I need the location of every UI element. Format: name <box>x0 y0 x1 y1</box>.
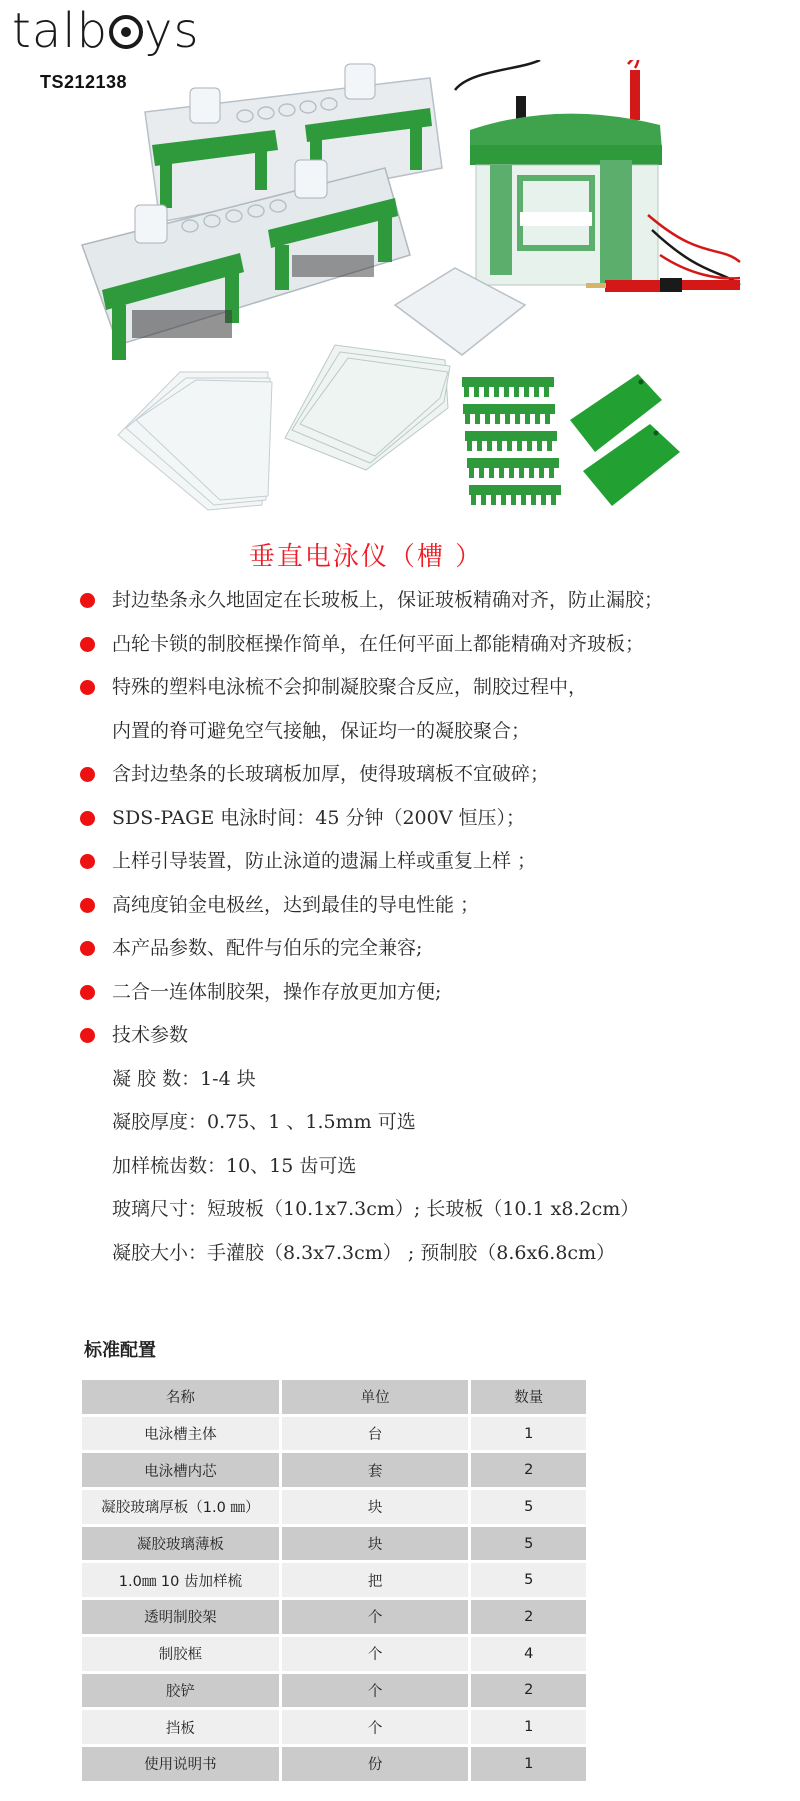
spec-line: 加样梳齿数：10、15 齿可选 <box>80 1145 780 1189</box>
table-row: 凝胶玻璃薄板块5 <box>82 1527 586 1561</box>
logo-text-right: ys <box>144 3 199 59</box>
column-header-qty: 数量 <box>471 1380 586 1414</box>
page-title: 垂直电泳仪（槽 ） <box>0 536 800 573</box>
column-header-name: 名称 <box>82 1380 279 1414</box>
feature-item: 凸轮卡锁的制胶框操作简单，在任何平面上都能精确对齐玻板； <box>80 623 780 667</box>
product-image <box>70 60 750 520</box>
table-row: 制胶框个4 <box>82 1637 586 1671</box>
feature-item: 封边垫条永久地固定在长玻板上，保证玻板精确对齐，防止漏胶； <box>80 579 780 623</box>
table-row: 电泳槽内芯套2 <box>82 1453 586 1487</box>
feature-item-tech-params: 技术参数 <box>80 1014 780 1058</box>
table-row: 使用说明书份1 <box>82 1747 586 1781</box>
feature-item-continuation: 内置的脊可避免空气接触，保证均一的凝胶聚合； <box>80 710 780 754</box>
red-bullet-icon <box>80 680 95 695</box>
feature-item: 特殊的塑料电泳梳不会抑制凝胶聚合反应，制胶过程中， <box>80 666 780 710</box>
table-header-row: 名称 单位 数量 <box>82 1380 586 1414</box>
red-bullet-icon <box>80 854 95 869</box>
red-bullet-icon <box>80 898 95 913</box>
config-section-title: 标准配置 <box>84 1336 156 1362</box>
table-row: 挡板个1 <box>82 1710 586 1744</box>
sample-combs-icon <box>462 377 561 505</box>
table-row: 1.0㎜ 10 齿加样梳把5 <box>82 1563 586 1597</box>
spec-line: 凝胶大小：手灌胶（8.3x7.3cm） ; 预制胶（8.6x6.8cm） <box>80 1232 780 1276</box>
feature-item: 含封边垫条的长玻璃板加厚，使得玻璃板不宜破碎； <box>80 753 780 797</box>
talboys-logo: talbys <box>12 6 199 56</box>
feature-item: 上样引导装置，防止泳道的遗漏上样或重复上样 ； <box>80 840 780 884</box>
red-bullet-icon <box>80 593 95 608</box>
column-header-unit: 单位 <box>282 1380 469 1414</box>
spec-line: 玻璃尺寸：短玻板（10.1x7.3cm）; 长玻板（10.1 x8.2cm） <box>80 1188 780 1232</box>
feature-item: 本产品参数、配件与伯乐的完全兼容; <box>80 927 780 971</box>
glass-plates-long-icon <box>285 345 450 470</box>
table-row: 胶铲个2 <box>82 1674 586 1708</box>
red-bullet-icon <box>80 985 95 1000</box>
feature-item: 高纯度铂金电极丝，达到最佳的导电性能 ； <box>80 884 780 928</box>
red-bullet-icon <box>80 941 95 956</box>
table-row: 电泳槽主体台1 <box>82 1417 586 1451</box>
gel-scrapers-icon <box>570 374 680 506</box>
electrophoresis-tank-icon <box>455 60 740 292</box>
logo-swirl-icon <box>109 15 143 49</box>
feature-list: 封边垫条永久地固定在长玻板上，保证玻板精确对齐，防止漏胶； 凸轮卡锁的制胶框操作… <box>80 579 780 1275</box>
spec-line: 凝 胶 数：1-4 块 <box>80 1058 780 1102</box>
spec-line: 凝胶厚度：0.75、1 、1.5mm 可选 <box>80 1101 780 1145</box>
feature-item: 二合一连体制胶架，操作存放更加方便; <box>80 971 780 1015</box>
table-row: 凝胶玻璃厚板（1.0 ㎜）块5 <box>82 1490 586 1524</box>
red-bullet-icon <box>80 811 95 826</box>
red-bullet-icon <box>80 1028 95 1043</box>
logo-text-left: talb <box>12 3 108 59</box>
red-bullet-icon <box>80 767 95 782</box>
feature-item: SDS-PAGE 电泳时间：45 分钟（200V 恒压）； <box>80 797 780 841</box>
config-table: 名称 单位 数量 电泳槽主体台1 电泳槽内芯套2 凝胶玻璃厚板（1.0 ㎜）块5… <box>79 1377 589 1784</box>
glass-plates-short-icon <box>118 372 272 510</box>
table-row: 透明制胶架个2 <box>82 1600 586 1634</box>
red-bullet-icon <box>80 637 95 652</box>
